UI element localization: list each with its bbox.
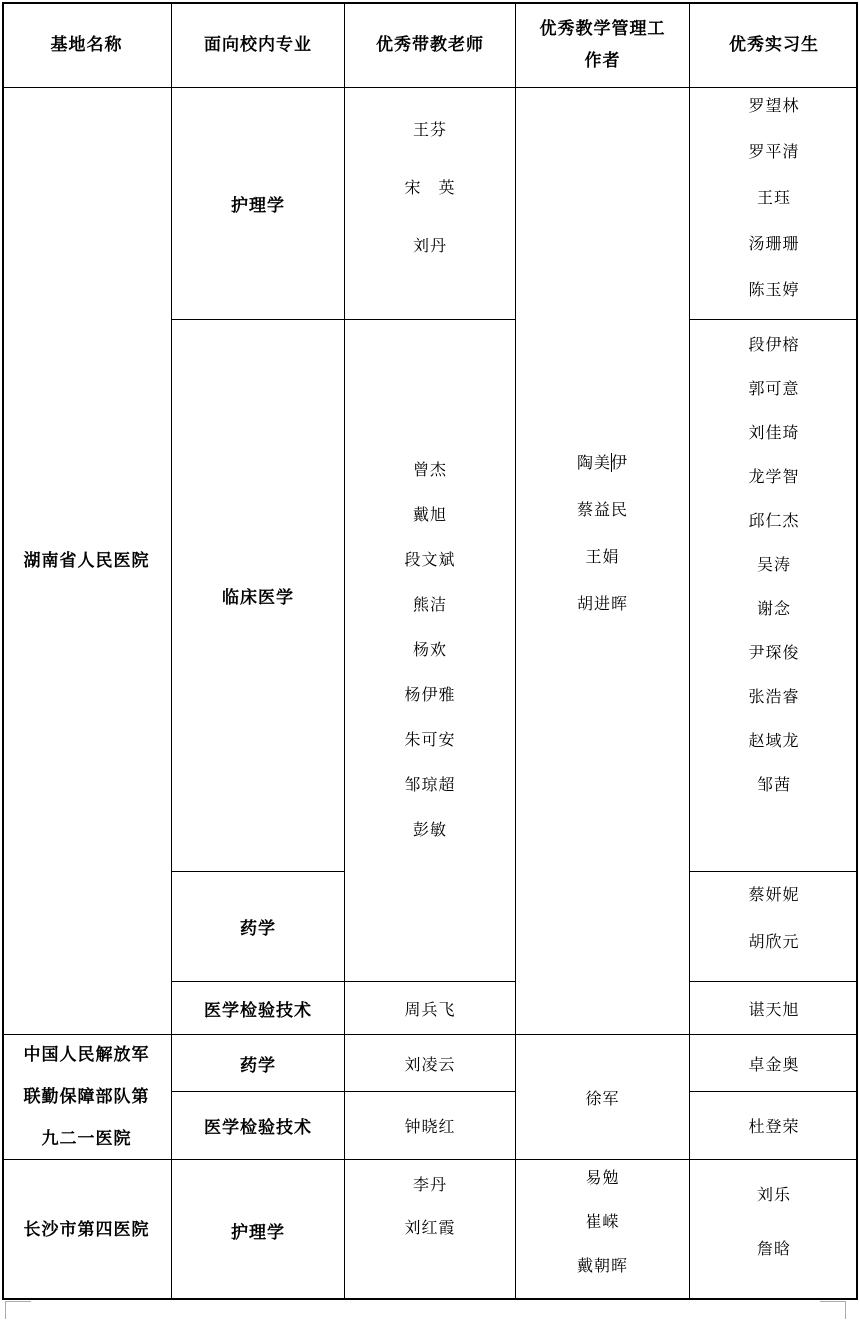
person-name: 杨欢 — [413, 628, 447, 673]
person-name: 崔嵘 — [585, 1201, 619, 1245]
major-cell: 护理学 — [172, 1160, 345, 1300]
interns-cell: 蔡妍妮 胡欣元 — [690, 872, 858, 982]
interns-cell: 谌天旭 — [690, 982, 858, 1035]
person-name: 彭敏 — [413, 808, 447, 853]
person-name: 刘凌云 — [404, 1052, 455, 1075]
interns-cell: 罗望林 罗平清 王珏 汤珊珊 陈玉婷 — [690, 88, 858, 320]
person-name: 汤珊珊 — [748, 222, 799, 268]
person-name: 段文斌 — [404, 538, 455, 583]
person-name: 陶美伊 — [577, 440, 628, 487]
person-name: 赵域龙 — [748, 720, 799, 764]
person-name: 杨伊雅 — [404, 673, 455, 718]
major-cell: 药学 — [172, 872, 345, 982]
person-name: 段伊榕 — [748, 324, 799, 368]
person-name: 尹琛俊 — [748, 632, 799, 676]
person-name: 胡欣元 — [748, 919, 799, 966]
person-name: 王珏 — [757, 176, 791, 222]
person-name: 戴朝晖 — [577, 1245, 628, 1289]
header-excellent-interns: 优秀实习生 — [690, 2, 858, 88]
person-name: 卓金奥 — [748, 1052, 799, 1075]
management-cell: 徐军 — [516, 1035, 690, 1160]
person-name: 刘红霞 — [404, 1207, 455, 1250]
management-cell: 陶美伊 蔡益民 王娟 胡进晖 — [516, 88, 690, 1035]
teachers-cell: 钟晓红 — [345, 1092, 516, 1160]
person-name: 吴涛 — [757, 544, 791, 588]
interns-cell: 卓金奥 — [690, 1035, 858, 1092]
teachers-cell: 刘凌云 — [345, 1035, 516, 1092]
next-table-corner-right — [820, 1301, 846, 1319]
person-name: 罗望林 — [748, 84, 799, 130]
major-cell: 医学检验技术 — [172, 1092, 345, 1160]
hospital-name-cell: 中国人民解放军联勤保障部队第九二一医院 — [2, 1035, 172, 1160]
person-name: 刘佳琦 — [748, 412, 799, 456]
person-name: 谢念 — [757, 588, 791, 632]
major-cell: 护理学 — [172, 88, 345, 320]
interns-cell: 刘乐 詹晗 — [690, 1160, 858, 1300]
header-campus-major: 面向校内专业 — [172, 2, 345, 88]
next-table-corner-left — [5, 1301, 31, 1319]
person-name: 郭可意 — [748, 368, 799, 412]
person-name: 龙学智 — [748, 456, 799, 500]
teachers-cell: 周兵飞 — [345, 982, 516, 1035]
person-name: 邱仁杰 — [748, 500, 799, 544]
person-name: 朱可安 — [404, 718, 455, 763]
person-name: 邹茜 — [757, 764, 791, 808]
hospital-name-cell: 湖南省人民医院 — [2, 88, 172, 1035]
person-name: 周兵飞 — [404, 997, 455, 1020]
person-name: 熊洁 — [413, 583, 447, 628]
major-cell: 药学 — [172, 1035, 345, 1092]
person-name: 王芬 — [413, 102, 447, 160]
person-name: 王娟 — [585, 534, 619, 581]
person-name: 张浩睿 — [748, 676, 799, 720]
teachers-cell: 李丹 刘红霞 — [345, 1160, 516, 1300]
person-name: 徐军 — [585, 1086, 619, 1109]
person-name: 刘乐 — [757, 1169, 791, 1223]
person-name: 易勉 — [585, 1157, 619, 1201]
person-name: 罗平清 — [748, 130, 799, 176]
header-teaching-management: 优秀教学管理工作者 — [516, 2, 690, 88]
person-name: 戴旭 — [413, 493, 447, 538]
person-name: 蔡妍妮 — [748, 872, 799, 919]
person-name: 胡进晖 — [577, 581, 628, 628]
teachers-cell: 王芬 宋 英 刘丹 — [345, 88, 516, 320]
document-page: 基地名称 面向校内专业 优秀带教老师 优秀教学管理工作者 优秀实习生 湖南省人民… — [0, 0, 860, 1320]
person-name: 谌天旭 — [748, 997, 799, 1020]
header-base-name: 基地名称 — [2, 2, 172, 88]
header-excellent-teachers: 优秀带教老师 — [345, 2, 516, 88]
teachers-cell: 曾杰 戴旭 段文斌 熊洁 杨欢 杨伊雅 朱可安 邹琼超 彭敏 — [345, 320, 516, 982]
person-name: 钟晓红 — [404, 1114, 455, 1137]
person-name: 邹琼超 — [404, 763, 455, 808]
person-name: 陈玉婷 — [748, 268, 799, 314]
person-name: 宋 英 — [404, 160, 455, 218]
major-cell: 医学检验技术 — [172, 982, 345, 1035]
hospital-name-cell: 长沙市第四医院 — [2, 1160, 172, 1300]
major-cell: 临床医学 — [172, 320, 345, 872]
person-name: 李丹 — [413, 1164, 447, 1207]
interns-cell: 杜登荣 — [690, 1092, 858, 1160]
person-name: 詹晗 — [757, 1223, 791, 1277]
interns-cell: 段伊榕 郭可意 刘佳琦 龙学智 邱仁杰 吴涛 谢念 尹琛俊 张浩睿 赵域龙 邹茜 — [690, 320, 858, 872]
person-name: 曾杰 — [413, 448, 447, 493]
person-name: 杜登荣 — [748, 1114, 799, 1137]
person-name: 刘丹 — [413, 218, 447, 276]
management-cell: 易勉 崔嵘 戴朝晖 — [516, 1160, 690, 1300]
person-name: 蔡益民 — [577, 487, 628, 534]
